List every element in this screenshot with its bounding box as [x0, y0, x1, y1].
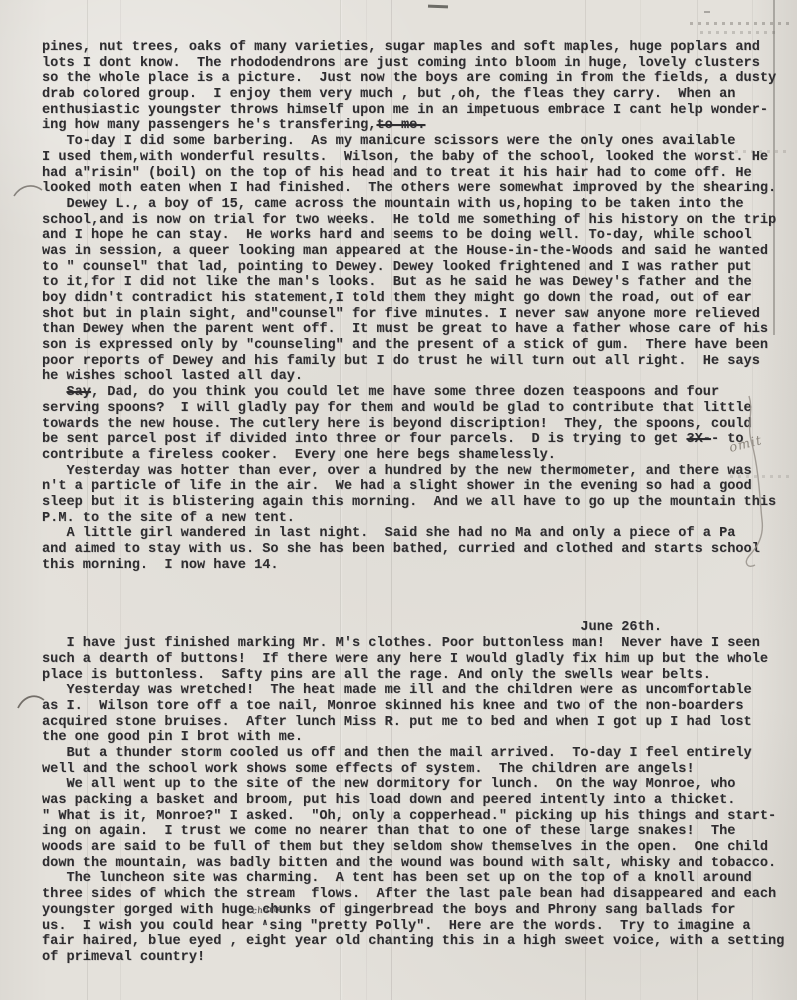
typed-line: youngster gorged with huge chunks of gin…	[42, 903, 784, 919]
typed-line: woods are said to be full of them but th…	[42, 840, 784, 856]
typed-line: was packing a basket and broom, put his …	[42, 793, 784, 809]
typed-line: place is buttonless. Safty pins are all …	[42, 668, 784, 684]
typed-line: us. I wish you could hear ∧charleysing "…	[42, 919, 784, 935]
typed-line: son is expressed only by "counseling" an…	[42, 338, 784, 354]
typed-line: drab colored group. I enjoy them very mu…	[42, 87, 784, 103]
typed-line: enthusiastic youngster throws himself up…	[42, 103, 784, 119]
bleedthrough-marks	[700, 31, 780, 34]
typed-line: acquired stone bruises. After lunch Miss…	[42, 715, 784, 731]
typed-line: be sent parcel post if divided into thre…	[42, 432, 784, 448]
typed-line: this morning. I now have 14.	[42, 558, 784, 574]
typed-line: We all went up to the site of the new do…	[42, 777, 784, 793]
typed-text-segment	[42, 385, 66, 400]
typed-line: ing how many passengers he's transfering…	[42, 118, 784, 134]
typed-text-segment: be sent parcel post if divided into thre…	[42, 432, 686, 447]
typed-line: so the whole place is a picture. Just no…	[42, 71, 784, 87]
typed-line: " What is it, Monroe?" I asked. "Oh, onl…	[42, 809, 784, 825]
typed-line: Dewey L., a boy of 15, came across the m…	[42, 197, 784, 213]
typed-line: P.M. to the site of a new tent.	[42, 511, 784, 527]
typed-line: and aimed to stay with us. So she has be…	[42, 542, 784, 558]
typed-line: such a dearth of buttons! If there were …	[42, 652, 784, 668]
struck-text: 3X-	[686, 432, 710, 447]
typed-text-segment: us. I wish you could hear	[42, 919, 262, 934]
typed-line: well and the school work shows some effe…	[42, 762, 784, 778]
typed-line: down the mountain, was badly bitten and …	[42, 856, 784, 872]
typed-line: pines, nut trees, oaks of many varieties…	[42, 40, 784, 56]
typed-line: fair haired, blue eyed , eight year old …	[42, 934, 784, 950]
typed-line: A little girl wandered in last night. Sa…	[42, 526, 784, 542]
typed-line: I have just finished marking Mr. M's clo…	[42, 636, 784, 652]
typed-line: looked moth eaten when I had finished. T…	[42, 181, 784, 197]
typed-line: as I. Wilson tore off a toe nail, Monroe…	[42, 699, 784, 715]
typed-line: Yesterday was hotter than ever, over a h…	[42, 464, 784, 480]
typed-text-segment: sing "pretty Polly". Here are the words.…	[269, 919, 750, 934]
typed-line	[42, 589, 784, 605]
typed-line: poor reports of Dewey and his family but…	[42, 354, 784, 370]
bleedthrough-marks	[690, 22, 790, 25]
typed-line: to " counsel" that lad, pointing to Dewe…	[42, 260, 784, 276]
scan-speck	[428, 5, 448, 9]
typed-line: the one good pin I brot with me.	[42, 730, 784, 746]
typed-line: three sides of which the stream flows. A…	[42, 887, 784, 903]
typed-line: lots I dont know. The rhododendrons are …	[42, 56, 784, 72]
typed-line: had a"risin" (boil) on the top of his he…	[42, 166, 784, 182]
typed-line: of primeval country!	[42, 950, 784, 966]
typed-line: towards the new house. The cutlery here …	[42, 417, 784, 433]
typed-line: The luncheon site was charming. A tent h…	[42, 871, 784, 887]
struck-text: Say	[66, 385, 90, 400]
typed-line: serving spoons? I will gladly pay for th…	[42, 401, 784, 417]
struck-text: to me.	[376, 118, 425, 133]
typed-line: contribute a fireless cooker. Every one …	[42, 448, 784, 464]
typed-line: I used them,with wonderful results. Wils…	[42, 150, 784, 166]
typed-line: Yesterday was wretched! The heat made me…	[42, 683, 784, 699]
typed-line: and I hope he can stay. He works hard an…	[42, 228, 784, 244]
typed-line: boy didn't contradict his statement,I to…	[42, 291, 784, 307]
scan-speck	[704, 11, 710, 13]
pencil-arc-mark	[14, 186, 42, 196]
typed-line: shot but in plain sight, and"counsel" fo…	[42, 307, 784, 323]
typed-line: school,and is now on trial for two weeks…	[42, 213, 784, 229]
typed-text-segment: , Dad, do you think you could let me hav…	[91, 385, 719, 400]
typed-line: than Dewey when the parent went off. It …	[42, 322, 784, 338]
letter-page: pines, nut trees, oaks of many varieties…	[0, 0, 797, 1000]
typed-text-segment: ing how many passengers he's transfering…	[42, 118, 376, 133]
typed-line: Say, Dad, do you think you could let me …	[42, 385, 784, 401]
typed-line: sleep but it is blistering again this mo…	[42, 495, 784, 511]
pencil-arc-mark	[18, 696, 44, 708]
typed-line: But a thunder storm cooled us off and th…	[42, 746, 784, 762]
typed-line	[42, 573, 784, 589]
typed-line: June 26th.	[42, 620, 784, 636]
typed-line: n't a particle of life in the air. We ha…	[42, 479, 784, 495]
handwritten-insert-note: charley	[252, 901, 289, 920]
typed-line: to it,for I did not like the man's looks…	[42, 275, 784, 291]
typed-text: pines, nut trees, oaks of many varieties…	[42, 40, 784, 966]
typed-line: he wishes school lasted all day.	[42, 369, 784, 385]
typed-line	[42, 605, 784, 621]
typed-line: To-day I did some barbering. As my manic…	[42, 134, 784, 150]
typed-line: ing on again. I trust we come no nearer …	[42, 824, 784, 840]
typed-line: was in session, a queer looking man appe…	[42, 244, 784, 260]
